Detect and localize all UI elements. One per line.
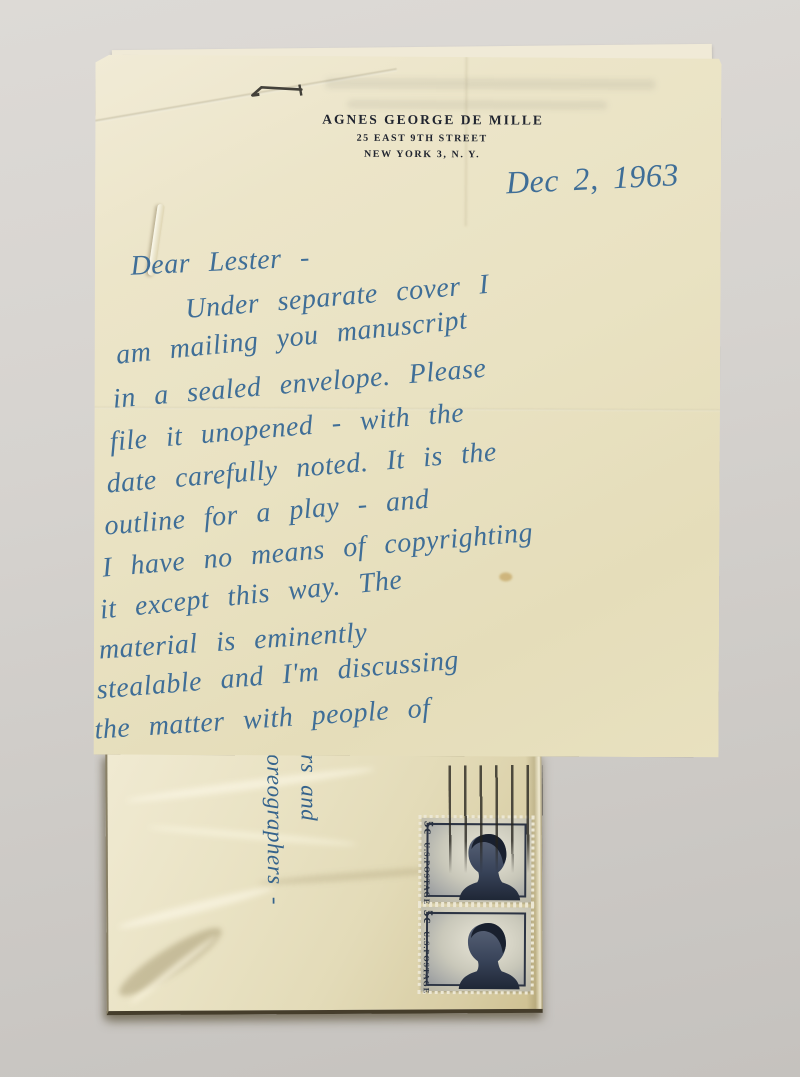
envelope-wrinkle — [126, 765, 375, 806]
postage-stamp: 5c U.S.POSTAGE — [421, 907, 531, 992]
envelope-handwriting: rs and oreographers - — [257, 754, 326, 970]
envelope: rs and oreographers - 5c U.S.POSTAG — [105, 751, 542, 1015]
envelope-wrinkle — [148, 824, 358, 848]
cancellation-marks — [448, 765, 543, 873]
letterhead-name: AGNES GEORGE DE MILLE — [322, 112, 522, 129]
letterhead-address-line2: NEW YORK 3, N. Y. — [322, 149, 522, 161]
envelope-wrinkle — [117, 883, 275, 932]
stamp-denomination: 5c — [422, 821, 437, 835]
envelope-handwriting-line: oreographers - — [257, 754, 292, 970]
washington-portrait-icon — [451, 919, 525, 989]
stamp-denomination: 5c — [421, 910, 436, 924]
stamp-text: 5c U.S.POSTAGE — [419, 821, 437, 905]
ink-bleedthrough — [347, 100, 607, 110]
letterhead-address-line1: 25 EAST 9TH STREET — [322, 133, 522, 145]
letter-photograph: rs and oreographers - 5c U.S.POSTAG — [0, 0, 800, 1077]
envelope-corner-shadow — [113, 919, 228, 1005]
letter-date: Dec 2, 1963 — [505, 156, 680, 201]
stamp-inscription: U.S.POSTAGE — [422, 931, 431, 994]
letter-sheet: AGNES GEORGE DE MILLE 25 EAST 9TH STREET… — [92, 55, 721, 758]
stamp-text: 5c U.S.POSTAGE — [419, 910, 437, 994]
stamp-inscription: U.S.POSTAGE — [422, 842, 431, 905]
envelope-handwriting-line: rs and — [291, 754, 326, 970]
paper-stain — [499, 572, 512, 581]
ink-bleedthrough — [325, 78, 655, 90]
staple-icon — [249, 81, 309, 106]
letterhead: AGNES GEORGE DE MILLE 25 EAST 9TH STREET… — [322, 112, 522, 161]
